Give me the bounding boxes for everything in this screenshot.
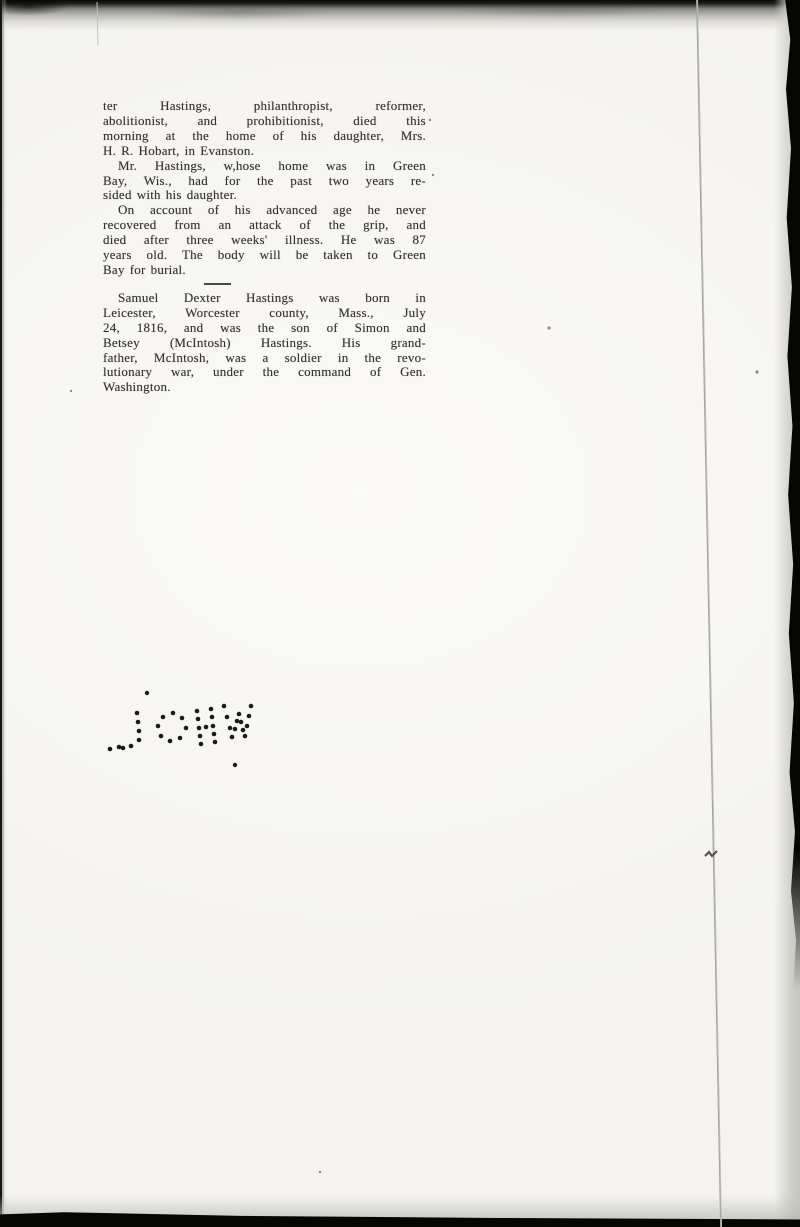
clipping-line: father, McIntosh, was a soldier in the r… bbox=[103, 351, 426, 366]
page-fold-line-highlight bbox=[698, 0, 722, 1227]
clipping-line: Washington. bbox=[103, 380, 426, 395]
clipping-line: died after three weeks' illness. He was … bbox=[103, 233, 426, 248]
scanned-document-page: ter Hastings, philanthropist, reformer, … bbox=[0, 0, 800, 1227]
clipping-line: lutionary war, under the command of Gen. bbox=[103, 365, 426, 380]
perforation-stamp bbox=[108, 691, 254, 767]
clipping-paragraph: Samuel Dexter Hastings was born in Leice… bbox=[103, 291, 426, 395]
scan-edge-left bbox=[0, 0, 7, 1227]
clipping-line: sided with his daughter. bbox=[103, 188, 426, 203]
clipping-paragraph: On account of his advanced age he never … bbox=[103, 203, 426, 278]
clipping-line: Mr. Hastings, w,hose home was in Green bbox=[103, 159, 426, 174]
clipping-line: Bay, Wis., had for the past two years re… bbox=[103, 174, 426, 189]
scan-edge-top bbox=[0, 0, 800, 30]
clipping-line: recovered from an attack of the grip, an… bbox=[103, 218, 426, 233]
clipping-line: Betsey (McIntosh) Hastings. His grand- bbox=[103, 336, 426, 351]
page-fold-line bbox=[697, 0, 721, 1227]
ink-scribble-mark bbox=[705, 851, 717, 856]
clipping-line: Bay for burial. bbox=[103, 263, 426, 278]
clipping-line: 24, 1816, and was the son of Simon and bbox=[103, 321, 426, 336]
clipping-line: ter Hastings, philanthropist, reformer, bbox=[103, 99, 426, 114]
clipping-line: On account of his advanced age he never bbox=[103, 203, 426, 218]
section-divider-rule bbox=[204, 283, 231, 285]
clipping-paragraph: Mr. Hastings, w,hose home was in Green B… bbox=[103, 159, 426, 204]
newspaper-clipping: ter Hastings, philanthropist, reformer, … bbox=[103, 99, 426, 395]
clipping-line: Samuel Dexter Hastings was born in bbox=[103, 291, 426, 306]
clipping-line: morning at the home of his daughter, Mrs… bbox=[103, 129, 426, 144]
clipping-line: Leicester, Worcester county, Mass., July bbox=[103, 306, 426, 321]
clipping-line: years old. The body will be taken to Gre… bbox=[103, 248, 426, 263]
clipping-line: abolitionist, and prohibitionist, died t… bbox=[103, 114, 426, 129]
clipping-paragraph: ter Hastings, philanthropist, reformer, … bbox=[103, 99, 426, 159]
clipping-line: H. R. Hobart, in Evanston. bbox=[103, 144, 426, 159]
